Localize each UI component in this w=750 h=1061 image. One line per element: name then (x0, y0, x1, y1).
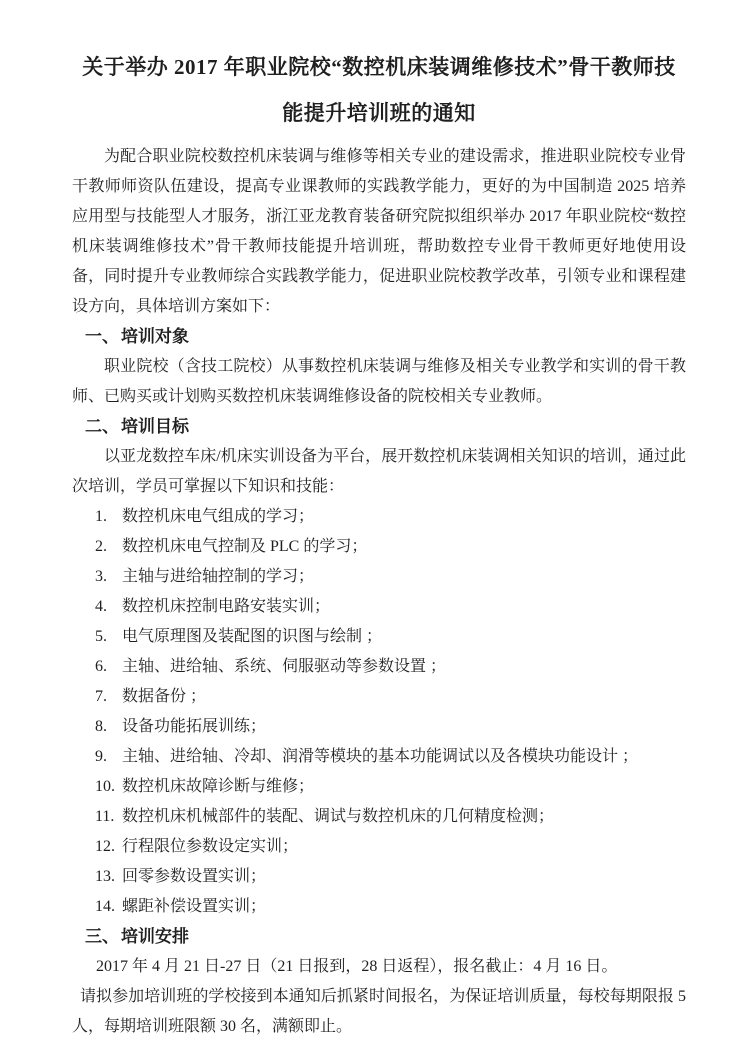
list-item-2: 2. 数控机床电气控制及 PLC 的学习； (72, 532, 686, 562)
list-item-6-text: 主轴、进给轴、系统、伺服驱动等参数设置 ； (122, 652, 686, 682)
notice-document-page: 关于举办 2017 年职业院校“数控机床装调维修技术”骨干教师技能提升培训班的通… (0, 0, 750, 1061)
list-item-6-number: 6. (95, 652, 122, 682)
list-item-3-text: 主轴与进给轴控制的学习； (122, 562, 686, 592)
section-1-number: 一、 (85, 327, 119, 346)
list-item-2-text: 数控机床电气控制及 PLC 的学习； (122, 532, 686, 562)
list-item-5-text: 电气原理图及装配图的识图与绘制 ； (122, 622, 686, 652)
section-3-heading-text: 培训安排 (121, 927, 189, 946)
section-2-number: 二、 (85, 417, 119, 436)
list-item-2-number: 2. (95, 532, 122, 562)
list-item-3-number: 3. (95, 562, 122, 592)
list-item-13-number: 13. (95, 862, 122, 892)
list-item-8: 8. 设备功能拓展训练； (72, 712, 686, 742)
list-item-5: 5. 电气原理图及装配图的识图与绘制 ； (72, 622, 686, 652)
list-item-9-number: 9. (95, 742, 122, 772)
section-3-number: 三、 (85, 927, 119, 946)
list-item-9: 9. 主轴、进给轴、冷却、润滑等模块的基本功能调试以及各模块功能设计 ； (72, 742, 686, 772)
list-item-4-text: 数控机床控制电路安装实训； (122, 592, 686, 622)
list-item-12-text: 行程限位参数设定实训； (122, 832, 686, 862)
section-3-heading: 三、培训安排 (72, 922, 686, 952)
list-item-10: 10. 数控机床故障诊断与维修； (72, 772, 686, 802)
section-1-heading: 一、培训对象 (72, 322, 686, 352)
list-item-7-number: 7. (95, 682, 122, 712)
list-item-14-number: 14. (95, 892, 122, 922)
list-item-7-text: 数据备份 ； (122, 682, 686, 712)
section-1-heading-text: 培训对象 (121, 327, 189, 346)
list-item-3: 3. 主轴与进给轴控制的学习； (72, 562, 686, 592)
list-item-10-number: 10. (95, 772, 122, 802)
list-item-1: 1. 数控机床电气组成的学习； (72, 502, 686, 532)
section-1-body: 职业院校（含技工院校）从事数控机床装调与维修及相关专业教学和实训的骨干教师、已购… (72, 352, 686, 412)
list-item-11-text: 数控机床机械部件的装配、调试与数控机床的几何精度检测； (122, 802, 686, 832)
list-item-6: 6. 主轴、进给轴、系统、伺服驱动等参数设置 ； (72, 652, 686, 682)
list-item-4-number: 4. (95, 592, 122, 622)
list-item-4: 4. 数控机床控制电路安装实训； (72, 592, 686, 622)
list-item-12: 12. 行程限位参数设定实训； (72, 832, 686, 862)
list-item-8-number: 8. (95, 712, 122, 742)
section-2-heading: 二、培训目标 (72, 412, 686, 442)
list-item-11-number: 11. (95, 802, 122, 832)
list-item-10-text: 数控机床故障诊断与维修； (122, 772, 686, 802)
list-item-13: 13. 回零参数设置实训； (72, 862, 686, 892)
list-item-1-text: 数控机床电气组成的学习； (122, 502, 686, 532)
list-item-1-number: 1. (95, 502, 122, 532)
list-item-11: 11. 数控机床机械部件的装配、调试与数控机床的几何精度检测； (72, 802, 686, 832)
training-objectives-list: 1. 数控机床电气组成的学习； 2. 数控机床电气控制及 PLC 的学习； 3.… (72, 502, 686, 922)
list-item-7: 7. 数据备份 ； (72, 682, 686, 712)
intro-paragraph: 为配合职业院校数控机床装调与维修等相关专业的建设需求，推进职业院校专业骨干教师师… (72, 142, 686, 322)
list-item-14: 14. 螺距补偿设置实训； (72, 892, 686, 922)
schedule-date-line: 2017 年 4 月 21 日-27 日（21 日报到，28 日返程），报名截止… (72, 952, 686, 982)
list-item-12-number: 12. (95, 832, 122, 862)
list-item-14-text: 螺距补偿设置实训； (122, 892, 686, 922)
document-title: 关于举办 2017 年职业院校“数控机床装调维修技术”骨干教师技能提升培训班的通… (72, 44, 686, 136)
list-item-13-text: 回零参数设置实训； (122, 862, 686, 892)
section-2-body: 以亚龙数控车床/机床实训设备为平台，展开数控机床装调相关知识的培训，通过此次培训… (72, 442, 686, 502)
registration-note: 请拟参加培训班的学校接到本通知后抓紧时间报名，为保证培训质量，每校每期限报 5 … (72, 982, 686, 1042)
list-item-5-number: 5. (95, 622, 122, 652)
section-2-heading-text: 培训目标 (121, 417, 189, 436)
list-item-9-text: 主轴、进给轴、冷却、润滑等模块的基本功能调试以及各模块功能设计 ； (122, 742, 686, 772)
list-item-8-text: 设备功能拓展训练； (122, 712, 686, 742)
